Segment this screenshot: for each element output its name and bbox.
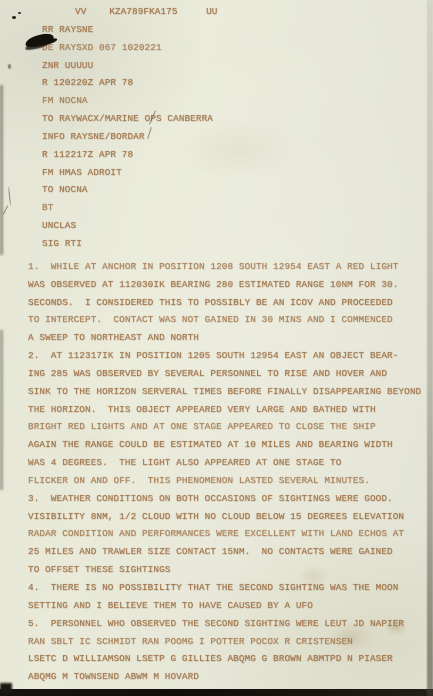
scan-edge-left: [0, 85, 3, 255]
scan-edge-right: [427, 0, 433, 696]
scan-edge-top: [0, 0, 433, 4]
ink-speck: [8, 64, 11, 69]
telex-line: FM NOCNA: [28, 92, 431, 110]
telex-line: LSETC D WILLIAMSON LSETP G GILLIES ABQMG…: [28, 650, 431, 668]
telex-line: 4. THERE IS NO POSSIBILITY THAT THE SECO…: [28, 579, 431, 597]
scan-corner-dark: [0, 683, 12, 693]
telex-line: SINK TO THE HORIZON SERVERAL TIMES BEFOR…: [28, 383, 431, 401]
paper-stain: [328, 622, 374, 652]
telex-line: VISIBILITY 8NM, 1/2 CLOUD WITH NO CLOUD …: [28, 508, 431, 526]
telex-line: ING 285 WAS OBSERVED BY SEVERAL PERSONNE…: [28, 365, 431, 383]
telex-line: R 120220Z APR 78: [28, 74, 431, 92]
telex-line: BT: [28, 199, 431, 217]
telex-line: TO OFFSET THESE SIGHTINGS: [28, 561, 431, 579]
ink-speck: [12, 16, 16, 19]
telex-line: WAS OBSERVED AT 112030IK BEARING 280 EST…: [28, 276, 431, 294]
telex-scan-page: VV KZA789FKA175 UURR RAYSNEDE RAYSXD 067…: [0, 0, 433, 696]
telex-line: VV KZA789FKA175 UU: [28, 3, 431, 21]
paper-stain: [180, 120, 300, 180]
telex-line: 1. WHILE AT ANCHOR IN POSITION 1208 SOUT…: [28, 258, 431, 276]
telex-line: 2. AT 112317IK IN POSITION 1205 SOUTH 12…: [28, 347, 431, 365]
telex-line: 25 MILES AND TRAWLER SIZE CONTACT 15NM. …: [28, 543, 431, 561]
paper-stain: [40, 420, 130, 470]
telex-line: TO INTERCEPT. CONTACT WAS NOT GAINED IN …: [28, 311, 431, 329]
telex-line: A SWEEP TO NORTHEAST AND NORTH: [28, 329, 431, 347]
telex-line: FLICKER ON AND OFF. THIS PHENOMENON LAST…: [28, 472, 431, 490]
telex-line: UNCLAS: [28, 217, 431, 235]
scan-edge-left: [0, 330, 3, 490]
ink-speck: [18, 12, 21, 14]
telex-line: RR RAYSNE: [28, 21, 431, 39]
telex-line: TO NOCNA: [28, 181, 431, 199]
telex-line: SIG RTI: [28, 235, 431, 253]
telex-line: 3. WEATHER CONDITIONS ON BOTH OCCASIONS …: [28, 490, 431, 508]
telex-line: SETTING AND I BELIEVE THEM TO HAVE CAUSE…: [28, 597, 431, 615]
paper-stain: [384, 618, 408, 636]
telex-line: ZNR UUUUU: [28, 57, 431, 75]
telex-line: DE RAYSXD 067 1020221: [28, 39, 431, 57]
telex-line: ABQMG M TOWNSEND ABWM M HOVARD: [28, 668, 431, 686]
telex-line: SECONDS. I CONSIDERED THIS TO POSSIBLY B…: [28, 294, 431, 312]
telex-lines: VV KZA789FKA175 UURR RAYSNEDE RAYSXD 067…: [28, 3, 431, 696]
pencil-mark: [3, 205, 9, 214]
telex-line: RADAR CONDITION AND PERFORMANCES WERE EX…: [28, 525, 431, 543]
telex-line: THE HORIZON. THIS OBJECT APPEARED VERY L…: [28, 401, 431, 419]
scan-edge-bottom: [0, 689, 433, 696]
pencil-mark: [8, 187, 11, 205]
paper-stain: [298, 565, 330, 587]
